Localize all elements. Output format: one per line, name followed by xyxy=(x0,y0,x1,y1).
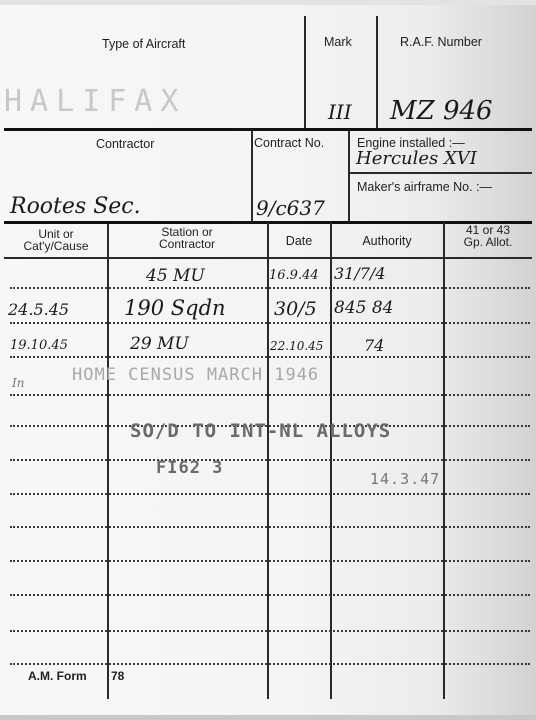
row-rule xyxy=(10,526,530,528)
contract-divider-1 xyxy=(251,131,253,222)
row-3-unit: 19.10.45 xyxy=(10,338,68,353)
contractor-value: Rootes Sec. xyxy=(10,194,141,219)
row-rule xyxy=(10,663,530,665)
row-rule xyxy=(10,287,530,289)
row-rule xyxy=(10,594,530,596)
column-divider-1 xyxy=(107,224,109,699)
form-id-number: 78 xyxy=(111,669,124,683)
row-rule xyxy=(10,356,530,358)
makers-airframe-label: Maker's airframe No. :— xyxy=(357,180,492,194)
column-header-authority: Authority xyxy=(332,234,442,248)
row-2-authority: 845 84 xyxy=(334,298,393,318)
row-rule xyxy=(10,560,530,562)
column-header-unit: Unit or Cat'y/Cause xyxy=(10,228,102,252)
row-1-authority: 31/7/4 xyxy=(334,264,386,283)
row-4-unit: In xyxy=(12,376,24,390)
type-of-aircraft-value: HALIFAX xyxy=(4,84,186,119)
form-id-label: A.M. Form xyxy=(28,669,87,683)
row-rule xyxy=(10,493,530,495)
column-header-date: Date xyxy=(268,234,330,248)
contract-no-label: Contract No. xyxy=(254,136,324,150)
card-top-edge xyxy=(0,0,536,5)
census-stamp: HOME CENSUS MARCH 1946 xyxy=(72,365,319,385)
sold-date-stamp: 14.3.47 xyxy=(370,470,440,488)
row-2-station: 190 Sqdn xyxy=(124,296,226,320)
mark-value: III xyxy=(328,100,352,124)
sold-stamp: SO/D TO INT-NL ALLOYS xyxy=(130,420,391,442)
header-divider-1 xyxy=(304,16,306,128)
row-1-date: 16.9.44 xyxy=(269,268,319,283)
scan-bottom-edge xyxy=(0,715,536,720)
row-3-date: 22.10.45 xyxy=(270,339,323,353)
row-rule xyxy=(10,630,530,632)
sold-reference-stamp: FI62 3 xyxy=(156,458,223,478)
row-rule xyxy=(10,394,530,396)
row-rule xyxy=(10,322,530,324)
engine-installed-value: Hercules XVI xyxy=(356,148,477,169)
engine-underline xyxy=(350,172,532,174)
raf-number-value: MZ 946 xyxy=(390,96,493,126)
row-1-station: 45 MU xyxy=(146,266,205,286)
row-2-unit: 24.5.45 xyxy=(8,300,69,319)
column-header-station: Station or Contractor xyxy=(108,226,266,250)
mark-label: Mark xyxy=(324,35,352,49)
header-divider-2 xyxy=(376,16,378,128)
type-of-aircraft-label: Type of Aircraft xyxy=(102,37,185,51)
column-header-allot: 41 or 43 Gp. Allot. xyxy=(444,224,532,248)
row-rule xyxy=(10,459,530,461)
header-bottom-rule xyxy=(4,128,532,131)
contract-divider-2 xyxy=(348,131,350,222)
contractor-label: Contractor xyxy=(96,137,154,151)
row-3-authority: 74 xyxy=(364,336,384,355)
row-3-station: 29 MU xyxy=(130,334,189,354)
raf-number-label: R.A.F. Number xyxy=(400,35,482,49)
row-2-date: 30/5 xyxy=(274,298,317,320)
record-card: Type of Aircraft HALIFAX Mark III R.A.F.… xyxy=(0,0,536,715)
contract-no-value: 9/c637 xyxy=(256,196,325,220)
